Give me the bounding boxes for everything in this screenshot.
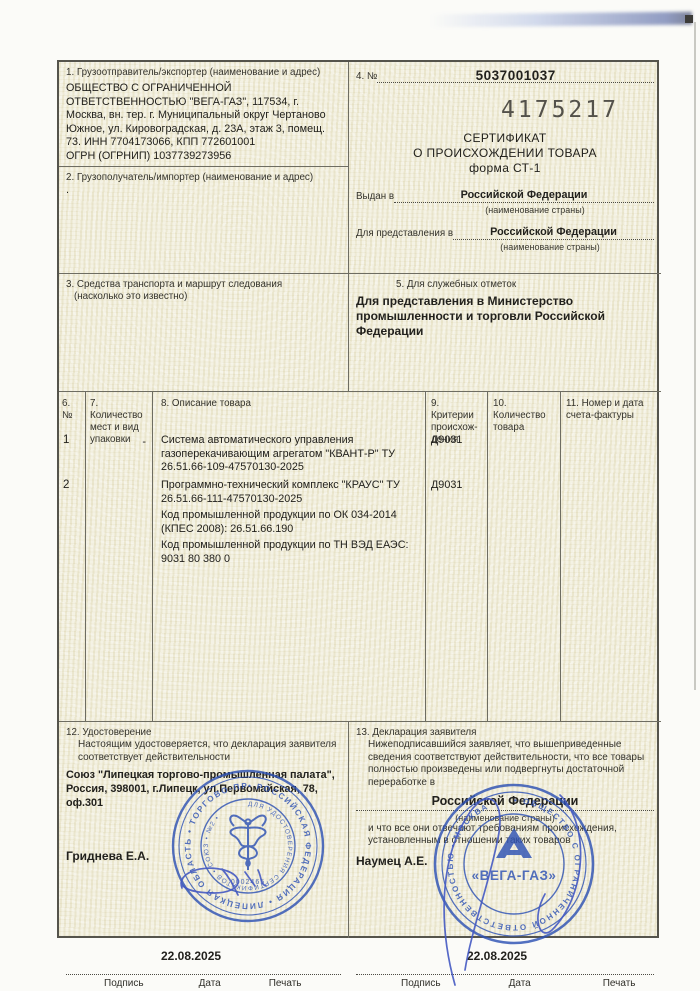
box3-hint: (насколько это известно) — [66, 291, 341, 303]
cert-no-label: 4. № — [356, 71, 377, 83]
box3-label: 3. Средства транспорта и маршрут следова… — [66, 279, 341, 291]
blank-number: 4175217 — [501, 97, 619, 123]
exporter-ogrn: ОГРН (ОГРНИП) 1037739273956 — [66, 150, 341, 164]
goods-row1-packing: - — [142, 436, 146, 450]
col-criteria: 9. Критерии происхож-дения Д9031 Д9031 — [426, 392, 488, 722]
chamber-date: 22.08.2025 — [161, 950, 221, 964]
cert-title-line1: СЕРТИФИКАТ — [356, 131, 654, 146]
company-stamp-name: «ВЕГА-ГАЗ» — [472, 868, 557, 883]
cert-title-line3: форма СТ-1 — [356, 161, 654, 176]
signature-line-left — [66, 974, 341, 975]
chamber-signer-name: Гриднева Е.А. — [66, 850, 149, 864]
chamber-stamp-number: 0002465 — [231, 879, 265, 886]
goods-table: 6. № 1 2 7. Количество мест и вид упаков… — [59, 392, 661, 722]
presented-in-hint: (наименование страны) — [356, 242, 654, 252]
goods-row2-description: Программно-технический комплекс "КРАУС" … — [161, 479, 419, 506]
box2-label: 2. Грузополучатель/импортер (наименовани… — [66, 172, 341, 184]
label-seal-left: Печать — [269, 978, 302, 989]
goods-row1-description: Система автоматического управления газоп… — [161, 434, 419, 475]
label-signature-right: Подпись — [401, 978, 441, 989]
declarant-signer-name: Наумец А.Е. — [356, 855, 427, 869]
goods-note-tnved: Код промышленной продукции по ТН ВЭД ЕАЭ… — [161, 539, 419, 566]
declarant-date: 22.08.2025 — [467, 950, 527, 964]
label-date-right: Дата — [509, 978, 531, 989]
form-number: 5037001037 — [377, 69, 654, 83]
goods-header-packing: 7. Количество мест и вид упаковки — [90, 398, 148, 446]
box5-label: 5. Для служебных отметок — [356, 279, 654, 291]
chamber-round-stamp: • РОССИЙСКАЯ ФЕДЕРАЦИЯ • ЛИПЕЦКАЯ ОБЛАСТ… — [168, 766, 328, 926]
col-packing: 7. Количество мест и вид упаковки - — [86, 392, 153, 722]
goods-row2-no: 2 — [63, 479, 69, 493]
label-seal-right: Печать — [603, 978, 636, 989]
box-importer: 2. Грузополучатель/импортер (наименовани… — [59, 167, 349, 274]
cert-title-line2: О ПРОИСХОЖДЕНИИ ТОВАРА — [356, 146, 654, 161]
company-round-stamp: • ОБЩЕСТВО С ОГРАНИЧЕННОЙ ОТВЕТСТВЕННОСТ… — [430, 780, 598, 948]
company-stamp-ring-text: • ОБЩЕСТВО С ОГРАНИЧЕННОЙ ОТВЕТСТВЕННОСТ… — [446, 796, 582, 932]
caduceus-icon — [230, 816, 266, 870]
scan-streak — [430, 12, 692, 28]
svg-text:• ОБЩЕСТВО С ОГРАНИЧЕННОЙ ОТВЕ: • ОБЩЕСТВО С ОГРАНИЧЕННОЙ ОТВЕТСТВЕННОСТ… — [446, 796, 582, 932]
certification-text: Настоящим удостоверяется, что декларация… — [66, 739, 341, 764]
official-marks-note: Для представления в Министерство промышл… — [356, 294, 654, 339]
scan-corner-mark — [685, 15, 693, 23]
col-quantity: 10. Количество товара — [488, 392, 561, 722]
box-exporter: 1. Грузоотправитель/экспортер (наименова… — [59, 62, 349, 167]
issued-in-label: Выдан в — [356, 191, 394, 203]
goods-header-quantity: 10. Количество товара — [493, 398, 555, 434]
col-number: 6. № 1 2 — [59, 392, 86, 722]
signature-line-right — [356, 974, 654, 975]
scanned-certificate-page: 1. Грузоотправитель/экспортер (наименова… — [0, 0, 700, 991]
label-date-left: Дата — [199, 978, 221, 989]
goods-row1-criteria: Д9031 — [431, 434, 462, 448]
goods-row2-criteria: Д9031 — [431, 479, 462, 493]
company-logo-icon — [496, 828, 532, 858]
col-description: 8. Описание товара Система автоматическо… — [153, 392, 426, 722]
goods-header-invoice: 11. Номер и дата счета-фактуры — [566, 398, 656, 422]
box13-label: 13. Декларация заявителя — [356, 727, 654, 739]
label-signature-left: Подпись — [104, 978, 144, 989]
exporter-name-address: ОБЩЕСТВО С ОГРАНИЧЕННОЙ ОТВЕТСТВЕННОСТЬЮ… — [66, 82, 341, 150]
presented-in-label: Для представления в — [356, 228, 453, 240]
box-transport: 3. Средства транспорта и маршрут следова… — [59, 274, 349, 392]
goods-note-okp: Код промышленной продукции по ОК 034-201… — [161, 509, 419, 536]
box-official-marks: 5. Для служебных отметок Для представлен… — [349, 274, 661, 392]
page-edge-line — [694, 22, 696, 690]
importer-value: . — [66, 184, 341, 198]
box1-label: 1. Грузоотправитель/экспортер (наименова… — [66, 67, 341, 79]
presented-in-value: Российской Федерации — [453, 226, 654, 240]
goods-row1-no: 1 — [63, 434, 69, 448]
issued-in-value: Российской Федерации — [394, 189, 654, 203]
box12-label: 12. Удостоверение — [66, 727, 341, 739]
issued-in-hint: (наименование страны) — [356, 205, 654, 215]
col-invoice: 11. Номер и дата счета-фактуры — [561, 392, 661, 722]
goods-header-no: 6. № — [62, 398, 82, 422]
goods-header-description: 8. Описание товара — [161, 398, 417, 410]
box-certificate-number: 4. № 5037001037 4175217 СЕРТИФИКАТ О ПРО… — [349, 62, 661, 274]
